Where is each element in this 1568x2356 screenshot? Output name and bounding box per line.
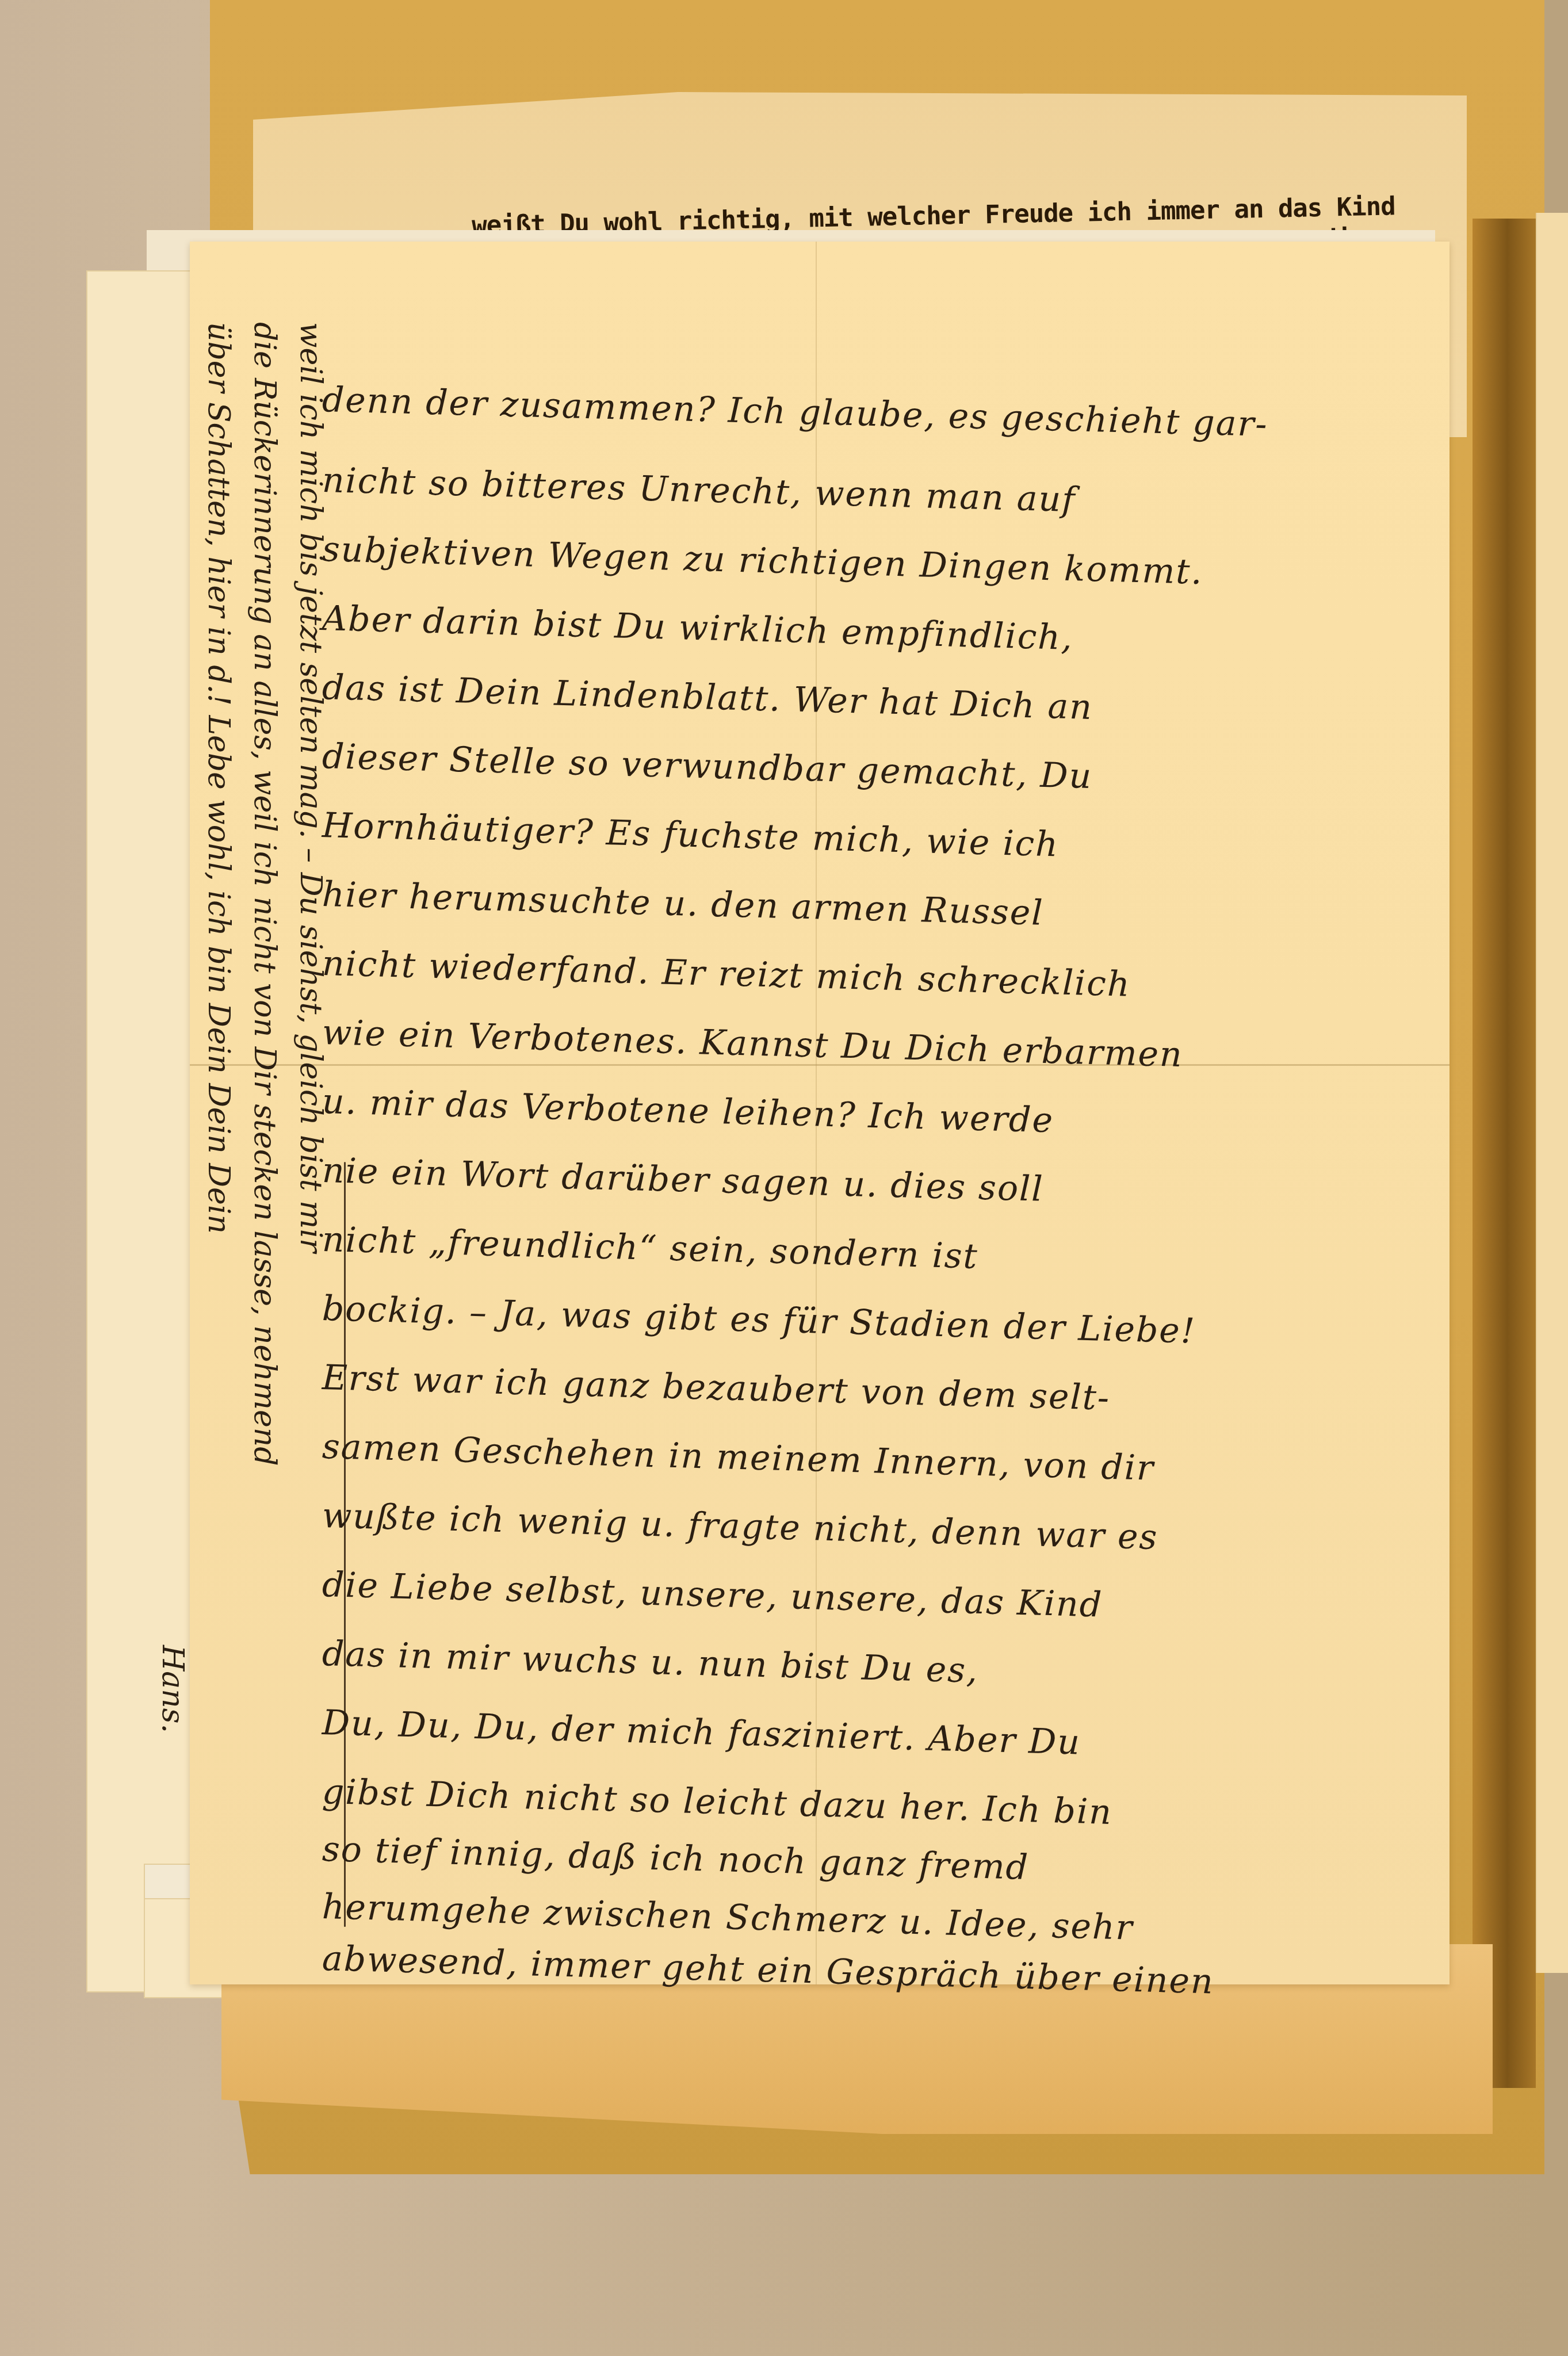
letter-line: Aber darin bist Du wirklich empfindlich, bbox=[322, 598, 1074, 658]
margin-note-line: weil ich mich bis jetzt selten mag. – Du… bbox=[293, 322, 328, 1253]
letter-line: Hornhäutiger? Es fuchste mich, wie ich bbox=[322, 805, 1060, 865]
letter-line: herumgehe zwischen Schmerz u. Idee, sehr bbox=[322, 1887, 1134, 1948]
letter-line: subjektiven Wegen zu richtigen Dingen ko… bbox=[322, 529, 1203, 592]
folder-crease bbox=[1473, 219, 1536, 2088]
letter-line: so tief innig, daß ich noch ganz fremd bbox=[322, 1829, 1030, 1888]
letter-line: das in mir wuchs u. nun bist Du es, bbox=[322, 1634, 979, 1691]
letter-line: wußte ich wenig u. fragte nicht, denn wa… bbox=[322, 1496, 1158, 1558]
letter-line: nicht wiederfand. Er reizt mich schreckl… bbox=[322, 943, 1131, 1005]
letter-line: nie ein Wort darüber sagen u. dies soll bbox=[322, 1150, 1044, 1210]
letter-line: nicht so bitteres Unrecht, wenn man auf bbox=[322, 460, 1076, 520]
letter-line: gibst Dich nicht so leicht dazu her. Ich… bbox=[322, 1772, 1113, 1833]
letter-line: Erst war ich ganz bezaubert von dem selt… bbox=[322, 1357, 1111, 1418]
letter-line: nicht „freundlich“ sein, sondern ist bbox=[322, 1219, 978, 1277]
letter-line: samen Geschehen in meinem Innern, von di… bbox=[322, 1426, 1154, 1489]
adjacent-paper-stack bbox=[1536, 213, 1568, 1973]
letter-line: die Liebe selbst, unsere, unsere, das Ki… bbox=[322, 1565, 1103, 1626]
margin-note-signature: Hans. bbox=[155, 1645, 190, 1733]
letter-line: hier herumsuchte u. den armen Russel bbox=[322, 874, 1044, 934]
under-sheet bbox=[86, 270, 198, 1992]
letter-line: bockig. – Ja, was gibt es für Stadien de… bbox=[322, 1288, 1196, 1352]
letter-line: dieser Stelle so verwundbar gemacht, Du bbox=[322, 736, 1093, 797]
letter-page: denn der zusammen? Ich glaube, es geschi… bbox=[190, 242, 1450, 1984]
letter-line: u. mir das Verbotene leihen? Ich werde bbox=[322, 1081, 1054, 1141]
letter-line: denn der zusammen? Ich glaube, es geschi… bbox=[322, 380, 1268, 445]
margin-note-line: über Schatten, hier in d.! Lebe wohl, ic… bbox=[201, 322, 236, 1234]
margin-note-line: die Rückerinnerung an alles, weil ich ni… bbox=[247, 322, 282, 1466]
letter-line: das ist Dein Lindenblatt. Wer hat Dich a… bbox=[322, 667, 1093, 728]
letter-line: Du, Du, Du, der mich fasziniert. Aber Du bbox=[322, 1703, 1081, 1763]
